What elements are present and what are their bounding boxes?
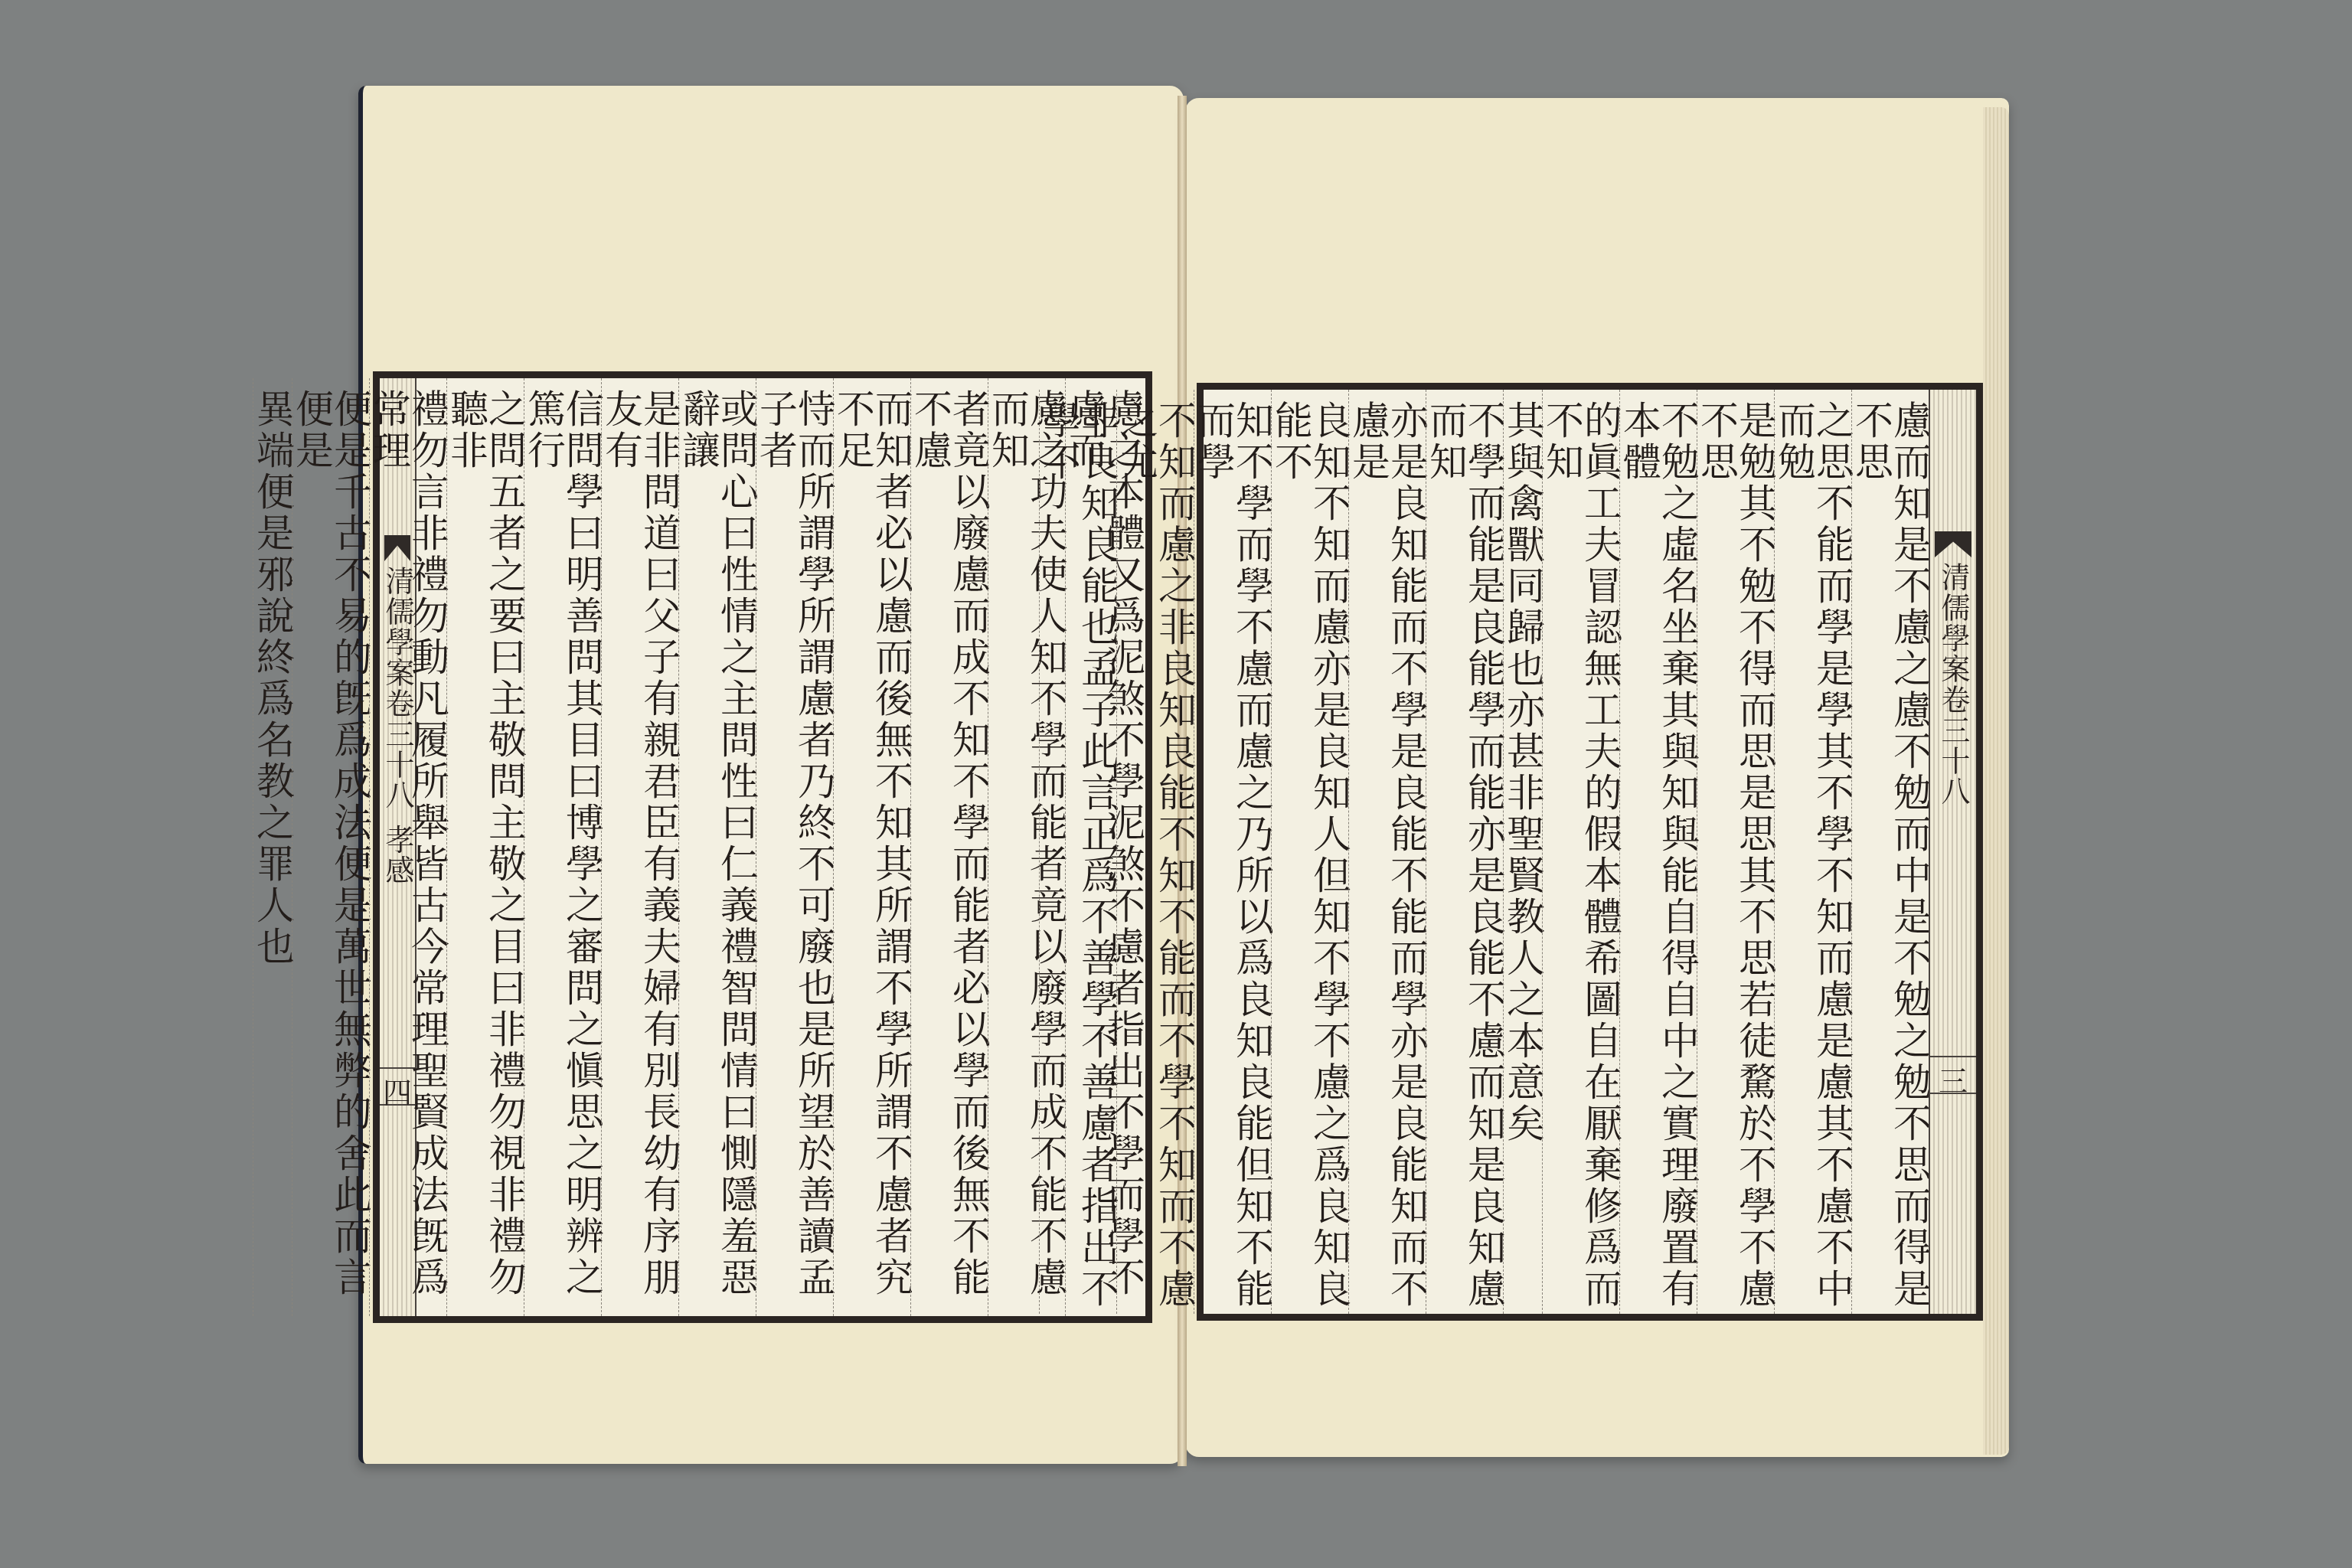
- text-column: 不知而慮之非良知良能不知不能而不學不知而不慮之尤: [1116, 390, 1194, 1314]
- text-column: 良知不知而慮亦是良知人但知不學不慮之爲良知良能不: [1271, 390, 1348, 1314]
- text-column: 信問學曰明善問其目曰博學之審問之愼思之明辨之篤行: [524, 378, 601, 1316]
- text-column: 或問心曰性情之主問性曰仁義禮智問情曰惻隱羞惡辭讓: [678, 378, 756, 1316]
- text-column: 不學而能是良能學而能亦是良能不慮而知是良知慮而知: [1426, 390, 1503, 1314]
- text-column: 便是千古不易的旣爲成法便是萬世無弊的舍此而言便是: [292, 378, 369, 1316]
- text-column: 知不學而學不慮而慮之乃所以爲良知良能但知不能而學: [1194, 390, 1271, 1314]
- text-column: 之思不能而學是學其不學不知而慮是慮其不慮不中而勉: [1774, 390, 1851, 1314]
- text-column: 亦是良知能而不學是良能不能而學亦是良能知而不慮是: [1348, 390, 1426, 1314]
- text-column: 是勉其不勉不得而思是思其不思若徒騖於不學不慮不思: [1697, 390, 1774, 1314]
- left-text-frame: 清儒學案卷三十八 孝感 四 慮之本體又爲泥煞不學泥煞不慮者指出不學而學不慮而 慮…: [373, 371, 1152, 1323]
- left-text-columns: 慮之本體又爲泥煞不學泥煞不慮者指出不學而學不慮而 慮之功夫使人知不學而能者竟以廢…: [416, 378, 1142, 1316]
- right-text-frame: 慮而知是不慮之慮不勉而中是不勉之勉不思而得是不思 之思不能而學是學其不學不知而慮…: [1197, 383, 1983, 1321]
- text-column: 慮而知是不慮之慮不勉而中是不勉之勉不思而得是不思: [1851, 390, 1929, 1314]
- page-stack-edge: [1983, 107, 2009, 1455]
- text-column: 的眞工夫冒認無工夫的假本體希圖自在厭棄修爲而不知: [1542, 390, 1619, 1314]
- text-column: 之問五者之要曰主敬問主敬之目曰非禮勿視非禮勿聽非: [446, 378, 524, 1316]
- fold-title: 清儒學案卷三十八: [1932, 562, 1975, 815]
- text-column: 不勉之虛名坐棄其與知與能自得自中之實理廢置有本體: [1619, 390, 1697, 1314]
- fishtail-mark-icon: [1935, 531, 1971, 557]
- text-column: 者竟以廢慮而成不知不學而能者必以學而後無不能不慮: [910, 378, 988, 1316]
- text-column: 非良知良能也孟子此言正爲不善學不善慮者指出不學不: [1039, 390, 1116, 1314]
- text-column: 其與禽獸同歸也亦甚非聖賢教人之本意矣: [1503, 390, 1542, 1314]
- text-column: 禮勿言非禮勿動凡履所舉皆古今常理聖賢成法旣爲常理: [369, 378, 446, 1316]
- text-column: 而知者必以慮而後無不知其所謂不學所謂不慮者究不足: [833, 378, 910, 1316]
- text-column: 是非問道曰父子有親君臣有義夫婦有別長幼有序朋友有: [601, 378, 678, 1316]
- text-column: 異端便是邪說終爲名教之罪人也: [253, 378, 292, 1316]
- page-number: 三: [1930, 1056, 1976, 1094]
- text-column: 恃而所謂學所謂慮者乃終不可廢也是所望於善讀孟子者: [756, 378, 833, 1316]
- right-fold-margin: 清儒學案卷三十八 三: [1929, 390, 1976, 1314]
- right-text-columns: 慮而知是不慮之慮不勉而中是不勉之勉不思而得是不思 之思不能而學是學其不學不知而慮…: [1207, 390, 1929, 1314]
